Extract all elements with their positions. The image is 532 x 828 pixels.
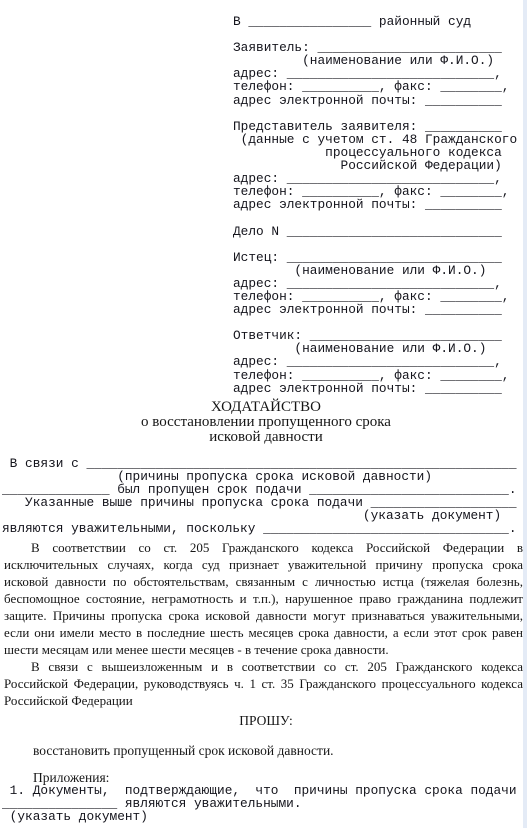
header-line: телефон: __________, факс: ________,	[233, 80, 517, 93]
paragraph-conclusion: В связи с вышеизложенным и в соответстви…	[4, 658, 523, 709]
paragraph-line: защите. Причины пропуска срока исковой д…	[4, 607, 523, 624]
paragraph-line: Российской Федерации	[4, 692, 523, 709]
title-block: ХОДАТАЙСТВО о восстановлении пропущенног…	[0, 399, 532, 445]
intro-line: (указать документ)	[2, 509, 517, 522]
motion-subtitle-1: о восстановлении пропущенного срока	[0, 415, 532, 430]
paragraph-line: беспомощное состояние, неграмотность и т…	[4, 590, 523, 607]
header-line: адрес электронной почты: __________	[233, 382, 517, 395]
appendix-line: (указать документ)	[2, 810, 517, 823]
header-line: адрес: ___________________________,	[233, 277, 517, 290]
header-line: Заявитель: ________________________	[233, 41, 517, 54]
header-line: Истец: ____________________________	[233, 251, 517, 264]
header-line	[233, 107, 517, 120]
paragraph-line: если они имели место в последние шесть м…	[4, 624, 523, 641]
intro-line: являются уважительными, поскольку ______…	[2, 522, 517, 535]
header-line: адрес: ___________________________,	[233, 172, 517, 185]
header-line: адрес: ___________________________,	[233, 67, 517, 80]
paragraph-line: исковой давности по обстоятельствам, свя…	[4, 573, 523, 590]
header-line: Дело N ____________________________	[233, 225, 517, 238]
intro-line: ______________ был пропущен срок подачи …	[2, 483, 517, 496]
header-line: адрес электронной почты: __________	[233, 198, 517, 211]
motion-title: ХОДАТАЙСТВО	[0, 399, 532, 415]
header-line: (наименование или Ф.И.О.)	[233, 54, 517, 67]
paragraph-line: шести месяцам или менее шести месяцев - …	[4, 641, 523, 658]
header-line	[233, 316, 517, 329]
header-line: адрес электронной почты: __________	[233, 303, 517, 316]
header-line: (данные с учетом ст. 48 Гражданского	[233, 133, 517, 146]
paragraph-line: В соответствии со ст. 205 Гражданского к…	[4, 539, 523, 556]
header-line: телефон: __________, факс: ________,	[233, 290, 517, 303]
header-line: Российской Федерации)	[233, 159, 517, 172]
intro-line: Указанные выше причины пропуска срока по…	[2, 496, 517, 509]
request-item: восстановить пропущенный срок исковой да…	[33, 742, 334, 759]
header-line: адрес: ___________________________,	[233, 355, 517, 368]
header-line: телефон: __________, факс: ________,	[233, 369, 517, 382]
paragraph-law-basis: В соответствии со ст. 205 Гражданского к…	[4, 539, 523, 658]
court-header-block: В ________________ районный судЗаявитель…	[233, 15, 517, 395]
document-page: В ________________ районный судЗаявитель…	[0, 0, 532, 828]
appendix-block: 1. Документы, подтверждающие, что причин…	[2, 784, 517, 823]
paragraph-line: В связи с вышеизложенным и в соответстви…	[4, 658, 523, 675]
header-line	[233, 28, 517, 41]
intro-block: В связи с ______________________________…	[2, 457, 517, 536]
header-line: Ответчик: _________________________	[233, 329, 517, 342]
header-line: телефон: __________, факс: ________,	[233, 185, 517, 198]
header-line: адрес электронной почты: __________	[233, 94, 517, 107]
header-line: (наименование или Ф.И.О.)	[233, 342, 517, 355]
intro-line: (причины пропуска срока исковой давности…	[2, 470, 517, 483]
header-line	[233, 211, 517, 224]
header-line: процессуального кодекса	[233, 146, 517, 159]
appendix-line: 1. Документы, подтверждающие, что причин…	[2, 784, 517, 797]
header-line: В ________________ районный суд	[233, 15, 517, 28]
intro-line: В связи с ______________________________…	[2, 457, 517, 470]
motion-subtitle-2: исковой давности	[0, 430, 532, 445]
header-line	[233, 238, 517, 251]
paragraph-line: исключительных случаях, когда суд призна…	[4, 556, 523, 573]
header-line: Представитель заявителя: __________	[233, 120, 517, 133]
paragraph-line: Российской Федерации, руководствуясь ч. …	[4, 675, 523, 692]
appendix-line: _______________ являются уважительными.	[2, 797, 517, 810]
request-heading: ПРОШУ:	[0, 712, 532, 729]
header-line: (наименование или Ф.И.О.)	[233, 264, 517, 277]
